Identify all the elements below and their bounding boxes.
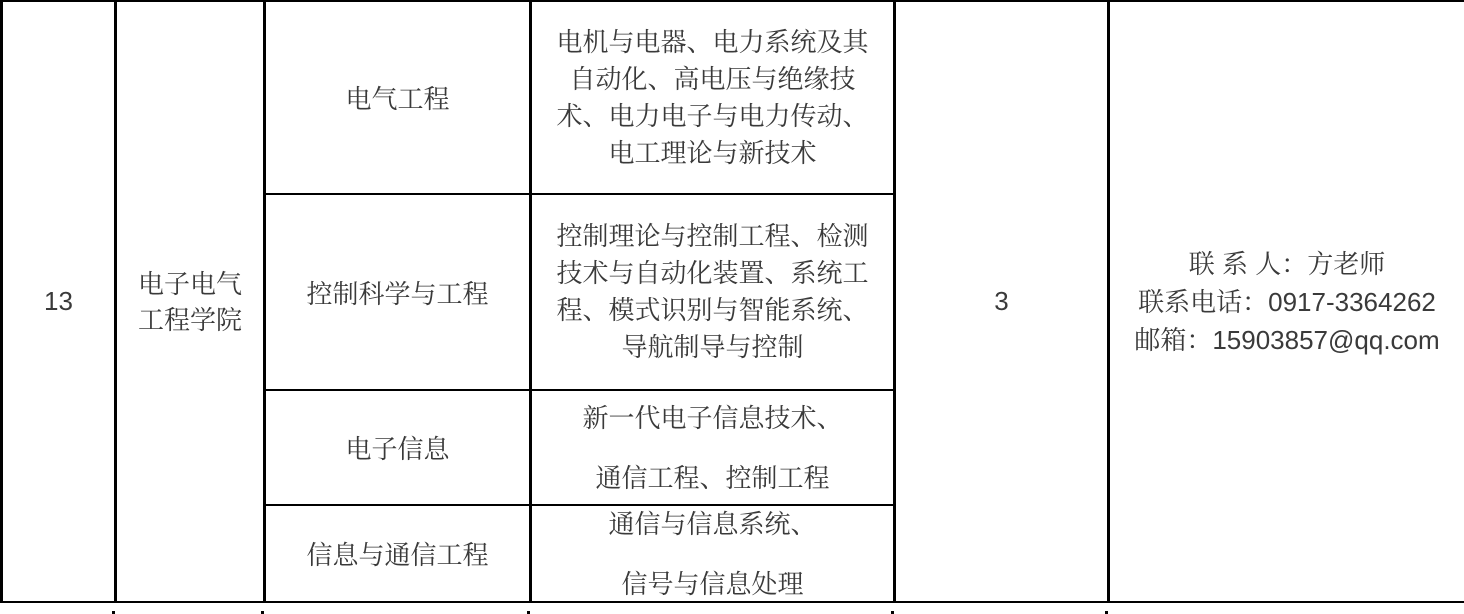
direction-line: 自动化、高电压与绝缘技: [532, 61, 893, 98]
cell-program-name: 信息与通信工程: [265, 505, 531, 602]
row-number: 13: [3, 286, 114, 317]
direction-line: 新一代电子信息技术、: [532, 390, 893, 448]
cell-program-name: 电子信息: [265, 390, 531, 505]
program-name: 信息与通信工程: [266, 535, 529, 572]
table-row: 13 电子电气 工程学院 电气工程 电机与电器、电力系统及其 自动化、高电压与绝…: [2, 1, 1464, 194]
cell-research-directions: 控制理论与控制工程、检测 技术与自动化装置、系统工 程、模式识别与智能系统、 导…: [531, 194, 895, 390]
cell-recruit-count: 3: [895, 1, 1109, 602]
college-name-line: 电子电气: [117, 266, 263, 302]
contact-email: 邮箱：15903857@qq.com: [1110, 321, 1464, 359]
cell-research-directions: 电机与电器、电力系统及其 自动化、高电压与绝缘技 术、电力电子与电力传动、 电工…: [531, 1, 895, 194]
cell-row-number: 13: [2, 1, 116, 602]
direction-line: 控制理论与控制工程、检测: [532, 218, 893, 255]
cell-program-name: 控制科学与工程: [265, 194, 531, 390]
contact-phone: 联系电话：0917-3364262: [1110, 283, 1464, 321]
cell-research-directions: 通信与信息系统、 信号与信息处理: [531, 505, 895, 602]
program-name: 电子信息: [266, 429, 529, 466]
direction-line: 程、模式识别与智能系统、: [532, 292, 893, 329]
direction-line: 信号与信息处理: [532, 554, 893, 603]
cell-college-name: 电子电气 工程学院: [116, 1, 265, 602]
direction-line: 电机与电器、电力系统及其: [532, 24, 893, 61]
cell-contact-info: 联 系 人：方老师 联系电话：0917-3364262 邮箱：15903857@…: [1109, 1, 1464, 602]
direction-line: 通信与信息系统、: [532, 505, 893, 554]
direction-line: 术、电力电子与电力传动、: [532, 98, 893, 135]
direction-line: 技术与自动化装置、系统工: [532, 255, 893, 292]
direction-line: 通信工程、控制工程: [532, 448, 893, 506]
contact-person: 联 系 人：方老师: [1110, 245, 1464, 283]
direction-line: 导航制导与控制: [532, 329, 893, 366]
recruitment-table: 13 电子电气 工程学院 电气工程 电机与电器、电力系统及其 自动化、高电压与绝…: [0, 0, 1464, 603]
cell-program-name: 电气工程: [265, 1, 531, 194]
program-name: 控制科学与工程: [266, 274, 529, 311]
direction-line: 电工理论与新技术: [532, 135, 893, 172]
recruit-count: 3: [896, 286, 1107, 317]
college-name-line: 工程学院: [117, 302, 263, 338]
document-table-crop: 13 电子电气 工程学院 电气工程 电机与电器、电力系统及其 自动化、高电压与绝…: [0, 0, 1464, 614]
program-name: 电气工程: [266, 79, 529, 116]
cell-research-directions: 新一代电子信息技术、 通信工程、控制工程: [531, 390, 895, 505]
